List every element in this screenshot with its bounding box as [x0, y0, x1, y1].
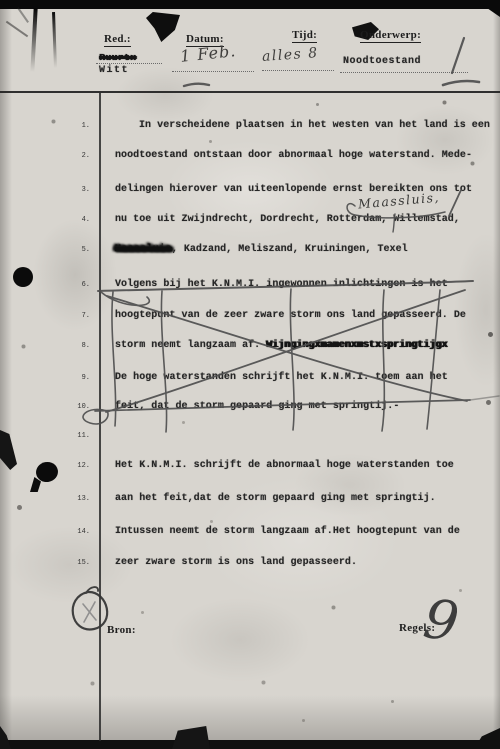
overtyped-strikeout: Wijngingxmamenxmstxspringtijgx: [266, 340, 448, 351]
form-underline: [262, 70, 334, 71]
scan-bottom-band: [0, 740, 500, 749]
line-number: 15.: [60, 556, 90, 570]
header-divider-rule: [0, 91, 500, 93]
document-line: 10.feit, dat de storm gepaard ging met s…: [0, 400, 500, 414]
circled-mark: [73, 587, 107, 629]
onderwerp-label: Onderwerp:: [360, 29, 421, 43]
bron-label: Bron:: [107, 624, 136, 636]
form-underline: [340, 72, 468, 73]
document-line: 1.In verscheidene plaatsen in het westen…: [0, 119, 500, 133]
document-line: 9.De hoge waterstanden schrijft het K.N.…: [0, 371, 500, 385]
document-line: 8.storm neemt langzaam af.Wijngingxmamen…: [0, 339, 500, 353]
line-text-main: storm neemt langzaam af.: [115, 340, 260, 351]
form-underline: [96, 63, 162, 64]
scan-top-band: [0, 0, 500, 9]
ink-blob: [146, 12, 180, 42]
document-line: 11.: [0, 429, 500, 443]
ink-streak: [30, 8, 37, 72]
line-text: Het K.N.M.I. schrijft de abnormaal hoge …: [115, 459, 500, 473]
line-number: 6.: [60, 278, 90, 292]
document-line: 15.zeer zware storm is ons land gepassee…: [0, 556, 500, 570]
line-text: Maassluis, Kadzand, Meliszand, Kruininge…: [115, 243, 500, 257]
ink-streak: [52, 12, 57, 68]
line-number: 10.: [60, 400, 90, 414]
editor-name: Witt: [99, 65, 129, 76]
line-text: Intussen neemt de storm langzaam af.Het …: [115, 525, 500, 539]
time-value-handwritten: alles 8: [262, 45, 320, 65]
document-line: 5.Maassluis, Kadzand, Meliszand, Kruinin…: [0, 243, 500, 257]
line-text: nu toe uit Zwijndrecht, Dordrecht, Rotte…: [115, 213, 500, 227]
editor-name-struck: Ruurtx: [99, 52, 136, 63]
line-number: 12.: [60, 459, 90, 473]
line-number: 11.: [60, 429, 90, 443]
line-number: 1.: [60, 119, 90, 133]
line-text: Volgens bij het K.N.M.I. ingewonnen inli…: [115, 278, 500, 292]
line-number: 8.: [60, 339, 90, 353]
document-line: 2.noodtoestand ontstaan door abnormaal h…: [0, 149, 500, 163]
line-text: storm neemt langzaam af.Wijngingxmamenxm…: [115, 339, 500, 353]
line-text: De hoge waterstanden schrijft het K.N.M.…: [115, 371, 500, 385]
line-text: feit, dat de storm gepaard ging met spri…: [115, 400, 500, 414]
line-number: 4.: [60, 213, 90, 227]
document-line: 13.aan het feit,dat de storm gepaard gin…: [0, 492, 500, 506]
line-text: hoogtepunt van de zeer zware storm ons l…: [115, 309, 500, 323]
document-line: 12.Het K.N.M.I. schrijft de abnormaal ho…: [0, 459, 500, 473]
line-number: 7.: [60, 309, 90, 323]
line-text: delingen hierover van uiteenlopende erns…: [115, 183, 500, 197]
subject-value: Noodtoestand: [343, 56, 421, 67]
document-line: 7.hoogtepunt van de zeer zware storm ons…: [0, 309, 500, 323]
line-text: aan het feit,dat de storm gepaard ging m…: [115, 492, 500, 506]
bottom-shadow: [0, 695, 500, 741]
line-text: zeer zware storm is ons land gepasseerd.: [115, 556, 500, 570]
tijd-label: Tijd:: [292, 29, 317, 43]
document-line: 14.Intussen neemt de storm langzaam af.H…: [0, 525, 500, 539]
document-line: 6.Volgens bij het K.N.M.I. ingewonnen in…: [0, 278, 500, 292]
form-underline: [172, 71, 254, 72]
line-number: 5.: [60, 243, 90, 257]
paper-specks: [0, 0, 3, 3]
line-text: In verscheidene plaatsen in het westen v…: [115, 119, 500, 133]
regels-count-handwritten: 9: [420, 592, 462, 650]
line-number: 2.: [60, 149, 90, 163]
line-number: 9.: [60, 371, 90, 385]
blotted-word: Maassluis: [115, 244, 172, 255]
document-line: 4.nu toe uit Zwijndrecht, Dordrecht, Rot…: [0, 213, 500, 227]
document-page: Red.: Datum: Tijd: Onderwerp: Ruurtx Wit…: [0, 0, 500, 749]
line-text-rest: , Kadzand, Meliszand, Kruiningen, Texel: [172, 244, 408, 255]
line-number: 13.: [60, 492, 90, 506]
line-number: 3.: [60, 183, 90, 197]
line-text: noodtoestand ontstaan door abnormaal hog…: [115, 149, 500, 163]
red-label: Red.:: [104, 33, 131, 47]
line-number: 14.: [60, 525, 90, 539]
scratch-mark: [17, 7, 29, 23]
